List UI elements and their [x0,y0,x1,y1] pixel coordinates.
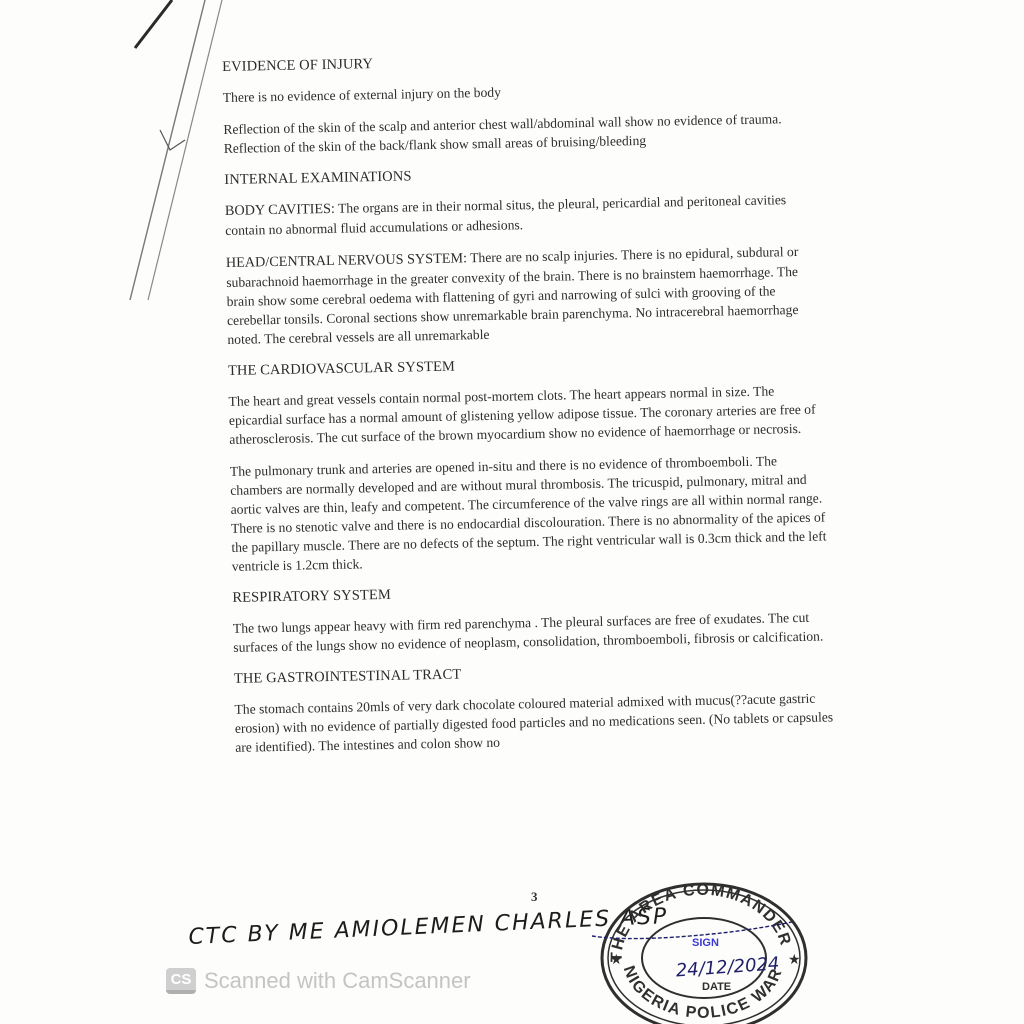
paragraph: The two lungs appear heavy with firm red… [233,607,834,657]
watermark-text: Scanned with CamScanner [204,968,471,994]
svg-text:THE AREA COMMANDER: THE AREA COMMANDER [609,882,794,962]
paragraph: The pulmonary trunk and arteries are ope… [230,450,832,575]
page-number: 3 [531,889,538,905]
svg-text:★: ★ [788,953,801,968]
paragraph: The heart and great vessels contain norm… [228,380,829,449]
stamp-handwritten-date: 24/12/2024 [675,953,780,981]
section-heading-cardiovascular: THE CARDIOVASCULAR SYSTEM [228,350,828,380]
paragraph: There is no evidence of external injury … [223,76,823,107]
paragraph: The stomach contains 20mls of very dark … [234,688,835,757]
camscanner-watermark: CS Scanned with CamScanner [166,968,471,994]
section-heading-internal-examinations: INTERNAL EXAMINATIONS [224,159,824,189]
scanned-page: EVIDENCE OF INJURY There is no evidence … [0,0,1024,1024]
paragraph: Reflection of the skin of the scalp and … [223,108,824,158]
svg-text:★: ★ [610,953,623,968]
paragraph-label: HEAD/CENTRAL NERVOUS SYSTEM: [226,250,467,271]
police-stamp: THE AREA COMMANDER NIGERIA POLICE WARD ★… [592,872,810,1024]
section-heading-gastrointestinal: THE GASTROINTESTINAL TRACT [234,658,834,688]
paragraph-body-cavities: BODY CAVITIES: The organs are in their n… [225,189,826,240]
report-body: EVIDENCE OF INJURY There is no evidence … [222,46,836,769]
stamp-top-text: THE AREA COMMANDER [609,882,794,962]
section-heading-respiratory: RESPIRATORY SYSTEM [232,577,832,607]
camscanner-logo-icon: CS [166,968,196,994]
paragraph-label: BODY CAVITIES: [225,201,335,219]
stamp-sign-label: SIGN [692,937,719,949]
stamp-date-label: DATE [702,981,731,993]
section-heading-evidence-of-injury: EVIDENCE OF INJURY [222,46,822,76]
paragraph-head-cns: HEAD/CENTRAL NERVOUS SYSTEM: There are n… [226,241,828,349]
